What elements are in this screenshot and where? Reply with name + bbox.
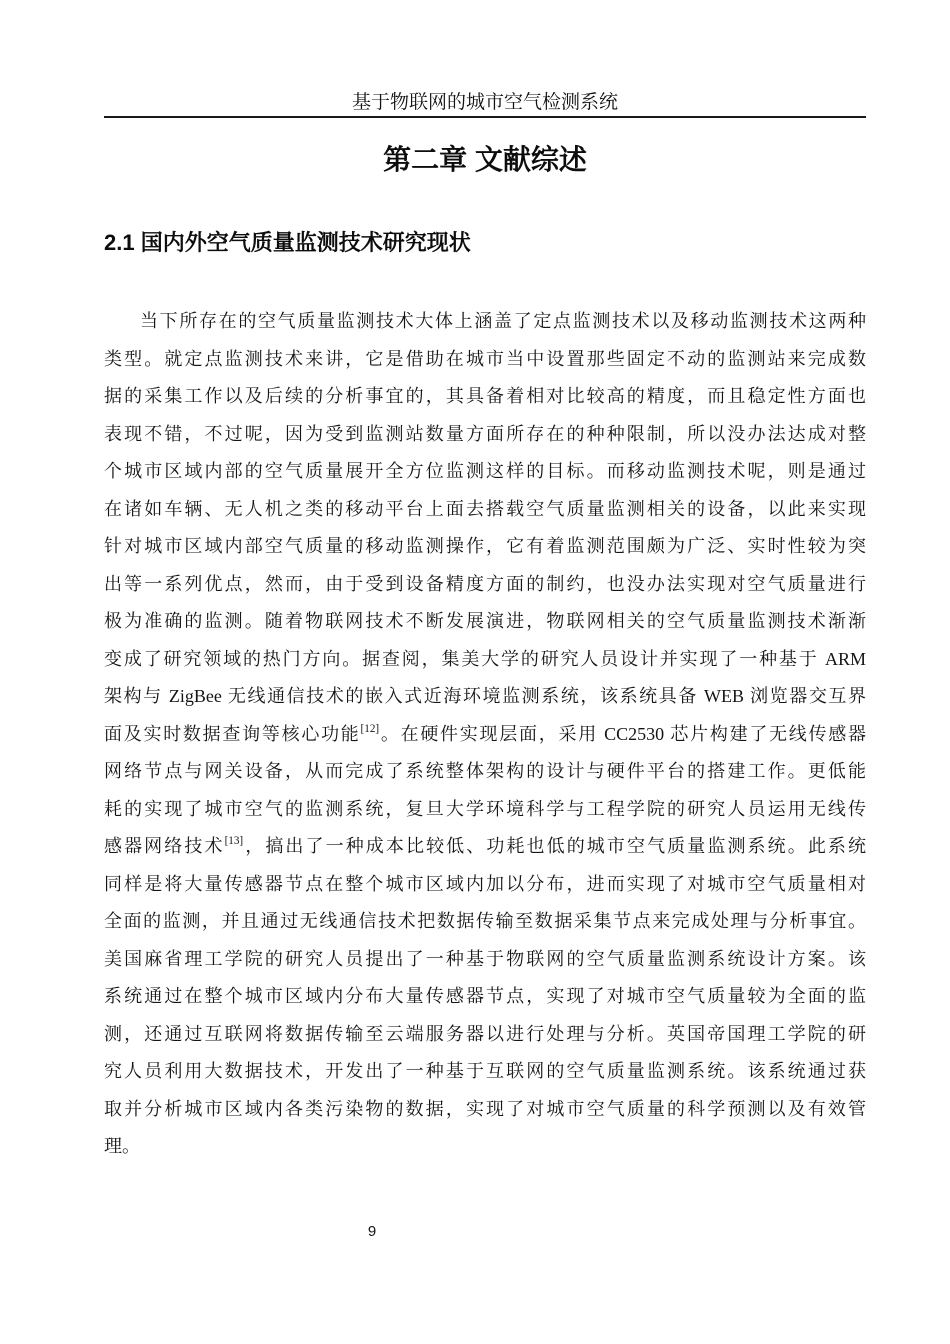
paragraph-line: 出等一系列优点，然而，由于受到设备精度方面的制约，也没办法实现对空气质量进行: [104, 566, 866, 604]
paragraph-line: 在诸如车辆、无人机之类的移动平台上面去搭载空气质量监测相关的设备，以此来实现: [104, 491, 866, 529]
paragraph-line: 同样是将大量传感器节点在整个城市区域内加以分布，进而实现了对城市空气质量相对: [104, 866, 866, 904]
paragraph-line: 究人员利用大数据技术，开发出了一种基于互联网的空气质量监测系统。该系统通过获: [104, 1053, 866, 1091]
citation-ref: [13]: [225, 835, 244, 847]
document-page: 基于物联网的城市空气检测系统 第二章 文献综述 2.1 国内外空气质量监测技术研…: [0, 0, 950, 1344]
body-paragraph: 当下所存在的空气质量监测技术大体上涵盖了定点监测技术以及移动监测技术这两种类型。…: [104, 303, 866, 1166]
paragraph-line: 感器网络技术[13]，搞出了一种成本比较低、功耗也低的城市空气质量监测系统。此系…: [104, 828, 866, 866]
paragraph-line: 极为准确的监测。随着物联网技术不断发展演进，物联网相关的空气质量监测技术渐渐: [104, 603, 866, 641]
paragraph-line: 变成了研究领域的热门方向。据查阅，集美大学的研究人员设计并实现了一种基于 ARM: [104, 641, 866, 679]
paragraph-line: 面及实时数据查询等核心功能[12]。在硬件实现层面，采用 CC2530 芯片构建…: [104, 716, 866, 754]
paragraph-line: 据的采集工作以及后续的分析事宜的，其具备着相对比较高的精度，而且稳定性方面也: [104, 378, 866, 416]
paragraph-line: 架构与 ZigBee 无线通信技术的嵌入式近海环境监测系统，该系统具备 WEB …: [104, 678, 866, 716]
paragraph-line: 网络节点与网关设备，从而完成了系统整体架构的设计与硬件平台的搭建工作。更低能: [104, 753, 866, 791]
paragraph-line: 类型。就定点监测技术来讲，它是借助在城市当中设置那些固定不动的监测站来完成数: [104, 341, 866, 379]
paragraph-line: 系统通过在整个城市区域内分布大量传感器节点，实现了对城市空气质量较为全面的监: [104, 978, 866, 1016]
paragraph-line: 测，还通过互联网将数据传输至云端服务器以进行处理与分析。英国帝国理工学院的研: [104, 1016, 866, 1054]
section-heading: 2.1 国内外空气质量监测技术研究现状: [104, 227, 866, 259]
paragraph-line: 当下所存在的空气质量监测技术大体上涵盖了定点监测技术以及移动监测技术这两种: [104, 303, 866, 341]
paragraph-line: 取并分析城市区域内各类污染物的数据，实现了对城市空气质量的科学预测以及有效管: [104, 1091, 866, 1129]
paragraph-line: 针对城市区域内部空气质量的移动监测操作，它有着监测范围颇为广泛、实时性较为突: [104, 528, 866, 566]
page-number: 9: [352, 1222, 392, 1242]
paragraph-line: 耗的实现了城市空气的监测系统，复旦大学环境科学与工程学院的研究人员运用无线传: [104, 791, 866, 829]
paragraph-line: 理。: [104, 1128, 866, 1166]
citation-ref: [12]: [361, 723, 380, 735]
chapter-title: 第二章 文献综述: [104, 142, 866, 178]
paragraph-line: 美国麻省理工学院的研究人员提出了一种基于物联网的空气质量监测系统设计方案。该: [104, 941, 866, 979]
paragraph-line: 表现不错，不过呢，因为受到监测站数量方面所存在的种种限制，所以没办法达成对整: [104, 416, 866, 454]
paragraph-line: 个城市区域内部的空气质量展开全方位监测这样的目标。而移动监测技术呢，则是通过: [104, 453, 866, 491]
running-header: 基于物联网的城市空气检测系统: [104, 92, 866, 114]
header-rule: [104, 116, 866, 118]
paragraph-line: 全面的监测，并且通过无线通信技术把数据传输至数据采集节点来完成处理与分析事宜。: [104, 903, 866, 941]
